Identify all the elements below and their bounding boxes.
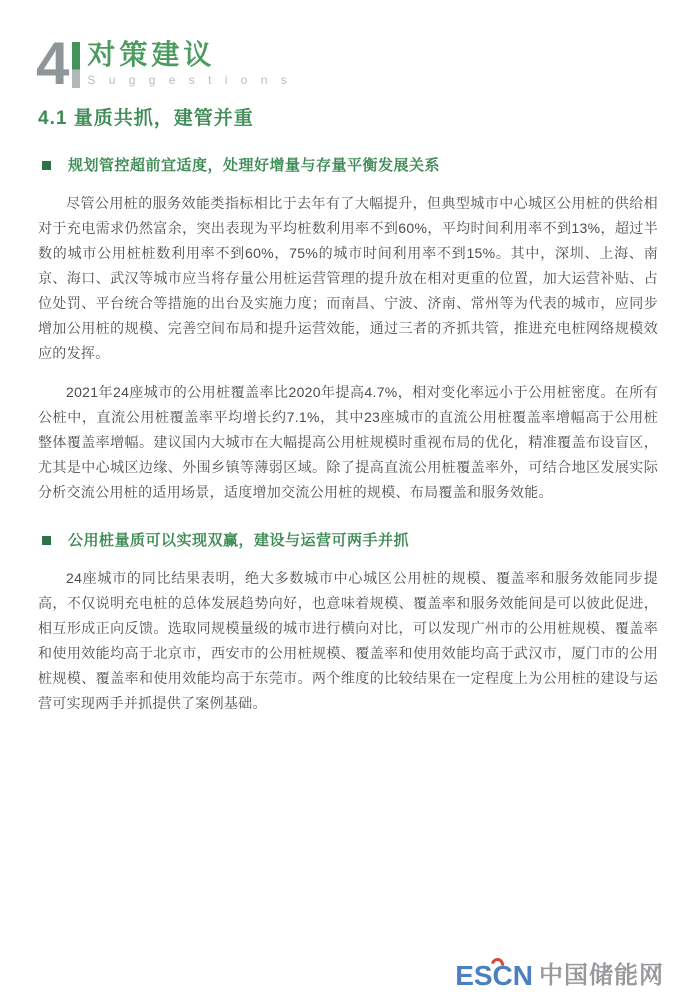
bullet-heading-1: 规划管控超前宜适度，处理好增量与存量平衡发展关系 <box>42 156 658 176</box>
chapter-header: 4 对策建议 S u g g e s t i o n s <box>36 40 692 88</box>
escn-logo-text: ESCN <box>455 962 533 990</box>
bullet-square-icon <box>42 536 51 545</box>
chapter-title: 对策建议 <box>87 40 291 70</box>
bullet-square-icon <box>42 161 51 170</box>
paragraph: 2021年24座城市的公用桩覆盖率比2020年提高4.7%，相对变化率远小于公用… <box>38 380 658 505</box>
paragraph: 尽管公用桩的服务效能类指标相比于去年有了大幅提升，但典型城市中心城区公用桩的供给… <box>38 191 658 366</box>
bullet-heading-2: 公用桩量质可以实现双赢，建设与运营可两手并抓 <box>42 531 658 551</box>
chapter-number: 4 <box>36 40 67 88</box>
chapter-divider-bar <box>72 42 80 88</box>
section-title: 4.1 量质共抓，建管并重 <box>38 103 658 130</box>
chapter-title-block: 对策建议 S u g g e s t i o n s <box>87 40 291 87</box>
report-page: 4 对策建议 S u g g e s t i o n s 4.1 量质共抓，建管… <box>0 0 692 1000</box>
bullet-heading-text: 规划管控超前宜适度，处理好增量与存量平衡发展关系 <box>68 156 440 176</box>
chapter-subtitle: S u g g e s t i o n s <box>87 73 291 87</box>
bullet-heading-text: 公用桩量质可以实现双赢，建设与运营可两手并抓 <box>68 531 409 551</box>
escn-logo-chinese-text: 中国储能网 <box>539 962 664 990</box>
footer-logo: ESCN 中国储能网 <box>455 962 664 990</box>
paragraph: 24座城市的同比结果表明，绝大多数城市中心城区公用桩的规模、覆盖率和服务效能同步… <box>38 566 658 716</box>
